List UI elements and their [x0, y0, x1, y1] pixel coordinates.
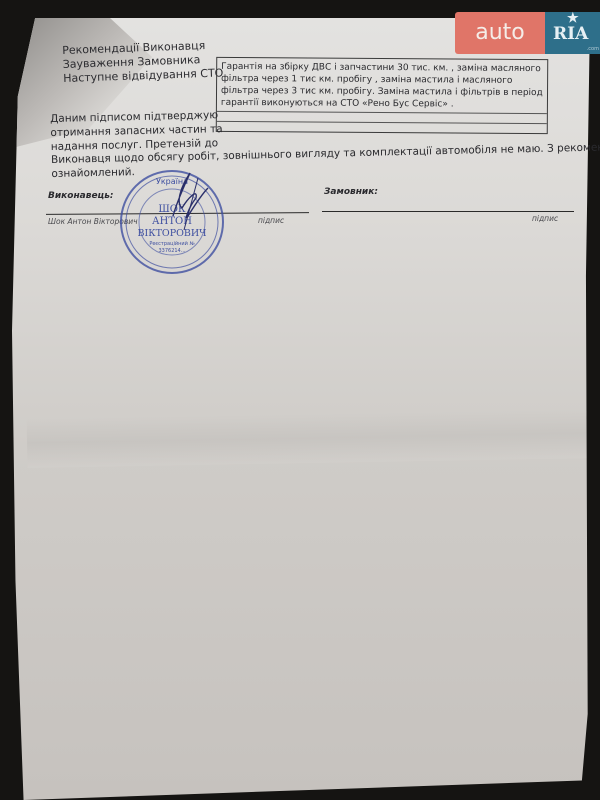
stamp-number: 3376214... — [158, 248, 185, 254]
contractor-signature-caption: підпис — [258, 216, 284, 225]
customer-signature-caption: підпис — [532, 214, 558, 223]
logo-ria-text: RIA — [553, 24, 588, 44]
contractor-label: Виконавець: — [48, 191, 114, 201]
stamp-sub-line: Реєстраційний № — [149, 240, 195, 247]
round-stamp: Україна ШОК АНТОН ВІКТОРОВИЧ Реєстраційн… — [118, 168, 226, 276]
paper-crease — [27, 408, 600, 468]
logo-ria-part: ★ RIA .com — [545, 12, 600, 54]
stamp-line-3: ВІКТОРОВИЧ — [137, 228, 206, 239]
customer-label: Замовник: — [324, 187, 378, 197]
stamp-line-1: ШОК — [158, 204, 186, 215]
logo-auto-part: auto — [455, 12, 545, 54]
logo-domain-suffix: .com — [587, 46, 599, 52]
recommendations-section: Рекомендації Виконавця Зауваження Замовн… — [62, 38, 224, 86]
customer-signature-line — [322, 211, 574, 212]
autoria-watermark-logo: auto ★ RIA .com — [455, 12, 600, 54]
